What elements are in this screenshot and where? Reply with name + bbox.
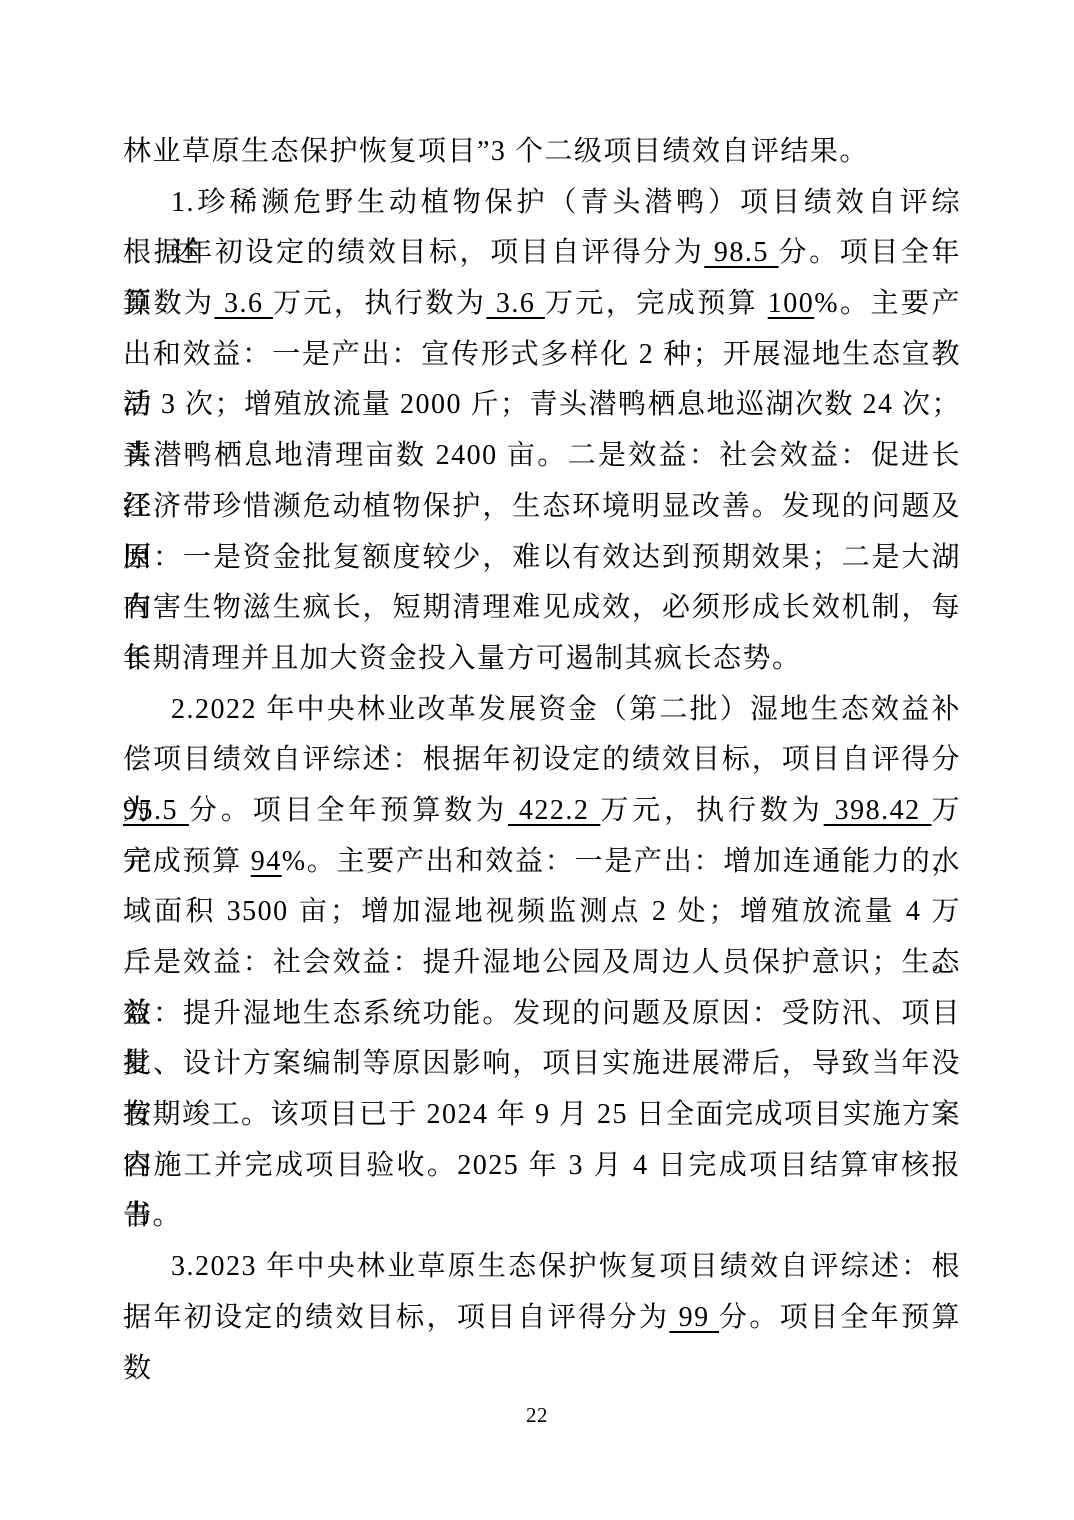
- text-line: 因：一是资金批复额度较少，难以有效达到预期效果；二是大湖内: [123, 533, 961, 584]
- underlined-value: 95.5: [123, 795, 189, 826]
- underlined-value: 398.42: [824, 795, 932, 826]
- text-line: 1.珍稀濒危野生动植物保护（青头潜鸭）项目绩效自评综述：: [123, 178, 961, 229]
- text-segment: 分。项目全年预算数为: [189, 795, 508, 826]
- text-line: 95.5 分。项目全年预算数为 422.2 万元，执行数为 398.42 万元，: [123, 786, 961, 837]
- text-line: 益：提升湿地生态系统功能。发现的问题及原因：受防汛、项目批: [123, 989, 961, 1040]
- underlined-value: 422.2: [508, 795, 600, 826]
- text-line: 书。: [123, 1191, 961, 1242]
- text-segment: 据年初设定的绩效目标，项目自评得分为: [123, 1302, 669, 1333]
- text-segment: 3.2023 年中央林业草原生态保护恢复项目绩效自评综述：根: [171, 1251, 961, 1282]
- text-line: 3.2023 年中央林业草原生态保护恢复项目绩效自评综述：根: [123, 1242, 961, 1293]
- underlined-value: 98.5: [704, 237, 778, 268]
- text-segment: 完成预算: [123, 846, 251, 877]
- text-segment: 书。: [123, 1200, 182, 1231]
- text-segment: %。主要产: [814, 288, 961, 319]
- text-segment: 算数为: [123, 288, 214, 319]
- text-line: 动 3 次；增殖放流量 2000 斤；青头潜鸭栖息地巡湖次数 24 次；青: [123, 380, 961, 431]
- text-segment: 万元，执行数为: [273, 288, 486, 319]
- text-segment: 2.2022 年中央林业改革发展资金（第二批）湿地生态效益补: [171, 694, 961, 725]
- text-segment: 万元，执行数为: [600, 795, 823, 826]
- text-line: 完成预算 94%。主要产出和效益：一是产出：增加连通能力的水: [123, 837, 961, 888]
- text-line: 林业草原生态保护恢复项目”3 个二级项目绩效自评结果。: [123, 127, 961, 178]
- text-line: 按期竣工。该项目已于 2024 年 9 月 25 日全面完成项目实施方案内: [123, 1090, 961, 1141]
- text-line: 头潜鸭栖息地清理亩数 2400 亩。二是效益：社会效益：促进长江: [123, 431, 961, 482]
- text-line: 域面积 3500 亩；增加湿地视频监测点 2 处；增殖放流量 4 万斤。: [123, 887, 961, 938]
- underlined-value: 3.6: [214, 288, 272, 319]
- underlined-value: 100: [768, 288, 815, 319]
- underlined-value: 3.6: [486, 288, 544, 319]
- text-line: 偿项目绩效自评综述：根据年初设定的绩效目标，项目自评得分为: [123, 735, 961, 786]
- text-line: 有害生物滋生疯长，短期清理难见成效，必须形成长效机制，每年: [123, 583, 961, 634]
- text-line: 二是效益：社会效益：提升湿地公园及周边人员保护意识；生态效: [123, 938, 961, 989]
- text-segment: 林业草原生态保护恢复项目”3 个二级项目绩效自评结果。: [123, 136, 869, 167]
- text-segment: 长期清理并且加大资金投入量方可遏制其疯长态势。: [123, 643, 802, 674]
- text-line: 复、设计方案编制等原因影响，项目实施进展滞后，导致当年没有: [123, 1039, 961, 1090]
- text-line: 容施工并完成项目验收。2025 年 3 月 4 日完成项目结算审核报告: [123, 1141, 961, 1192]
- text-line: 出和效益：一是产出：宣传形式多样化 2 种；开展湿地生态宣教活: [123, 330, 961, 381]
- text-segment: %。主要产出和效益：一是产出：增加连通能力的水: [282, 846, 961, 877]
- text-line: 根据年初设定的绩效目标，项目自评得分为 98.5 分。项目全年预: [123, 228, 961, 279]
- text-line: 2.2022 年中央林业改革发展资金（第二批）湿地生态效益补: [123, 685, 961, 736]
- text-line: 经济带珍惜濒危动植物保护，生态环境明显改善。发现的问题及原: [123, 482, 961, 533]
- text-segment: 根据年初设定的绩效目标，项目自评得分为: [123, 237, 704, 268]
- page-footer: 22: [0, 1403, 1074, 1428]
- text-segment: 万元，完成预算: [545, 288, 768, 319]
- text-line: 长期清理并且加大资金投入量方可遏制其疯长态势。: [123, 634, 961, 685]
- text-area: 林业草原生态保护恢复项目”3 个二级项目绩效自评结果。1.珍稀濒危野生动植物保护…: [123, 127, 961, 1344]
- text-line: 算数为 3.6 万元，执行数为 3.6 万元，完成预算 100%。主要产: [123, 279, 961, 330]
- underlined-value: 99: [669, 1302, 719, 1333]
- text-line: 据年初设定的绩效目标，项目自评得分为 99 分。项目全年预算数: [123, 1293, 961, 1344]
- underlined-value: 94: [251, 846, 282, 877]
- document-page: 林业草原生态保护恢复项目”3 个二级项目绩效自评结果。1.珍稀濒危野生动植物保护…: [0, 0, 1074, 1520]
- page-number: 22: [526, 1403, 548, 1427]
